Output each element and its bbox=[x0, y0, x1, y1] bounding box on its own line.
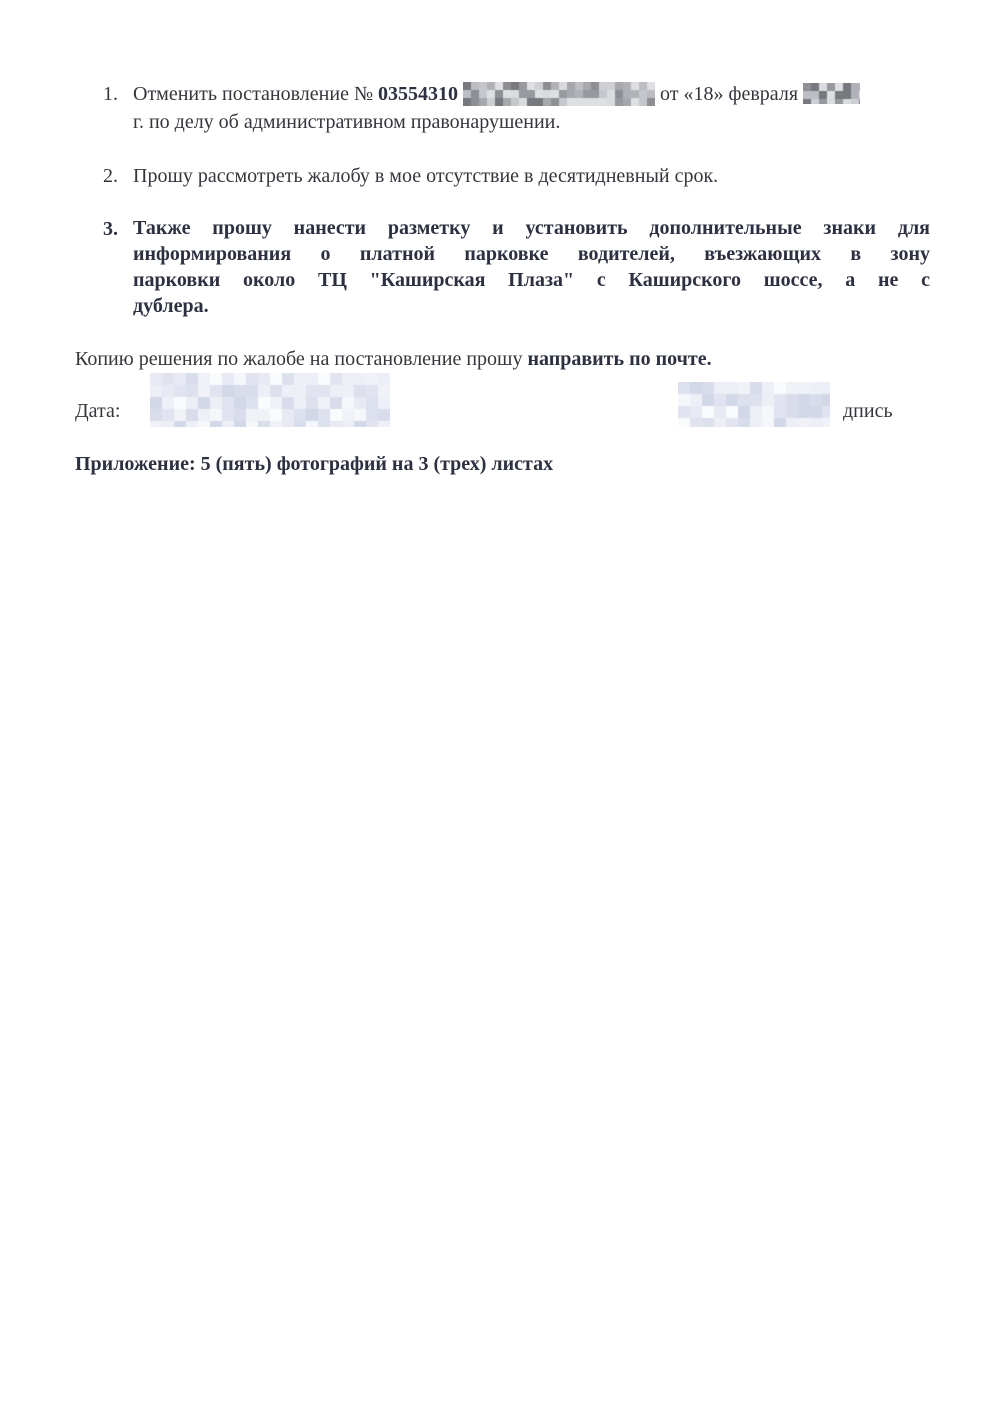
list-marker-2: 2. bbox=[103, 162, 133, 190]
date-signature-row: Дата: дпись bbox=[75, 397, 930, 425]
copy-request-line: Копию решения по жалобе на постановление… bbox=[75, 345, 930, 373]
copy-request-text: Копию решения по жалобе на постановление… bbox=[75, 348, 522, 370]
item1-date-fragment: от «18» февраля bbox=[660, 83, 798, 105]
document-page: 1. Отменить постановление № 03554310 от … bbox=[0, 0, 1000, 1407]
item3-line2: информирования о платной парковке водите… bbox=[133, 241, 930, 267]
signature-fragment: дпись bbox=[843, 397, 893, 425]
redaction-signature-icon bbox=[678, 382, 830, 427]
redaction-year-icon bbox=[803, 83, 860, 104]
case-number: 03554310 bbox=[378, 83, 458, 105]
item3-line1: Также прошу нанести разметку и установит… bbox=[133, 215, 930, 241]
request-list: 1. Отменить постановление № 03554310 от … bbox=[75, 80, 930, 319]
item1-line1: Отменить постановление № 03554310 от «18… bbox=[133, 80, 930, 108]
list-item-3: 3. Также прошу нанести разметку и устано… bbox=[103, 215, 930, 319]
item3-line4: дублера. bbox=[133, 293, 930, 319]
item1-prefix: Отменить постановление № bbox=[133, 83, 373, 105]
item1-line2: г. по делу об административном правонару… bbox=[133, 108, 930, 136]
list-item-1: 1. Отменить постановление № 03554310 от … bbox=[103, 80, 930, 136]
attachment-line: Приложение: 5 (пять) фотографий на 3 (тр… bbox=[75, 450, 930, 478]
list-item-2: 2. Прошу рассмотреть жалобу в мое отсутс… bbox=[103, 162, 930, 190]
redaction-date-icon bbox=[150, 373, 390, 427]
item2-text: Прошу рассмотреть жалобу в мое отсутстви… bbox=[133, 162, 930, 190]
copy-request-bold: направить по почте. bbox=[527, 348, 711, 370]
date-label: Дата: bbox=[75, 400, 120, 422]
list-marker-1: 1. bbox=[103, 80, 133, 136]
item3-line3: парковки около ТЦ "Каширская Плаза" с Ка… bbox=[133, 267, 930, 293]
list-marker-3: 3. bbox=[103, 215, 133, 319]
redaction-case-number-icon bbox=[463, 82, 655, 106]
